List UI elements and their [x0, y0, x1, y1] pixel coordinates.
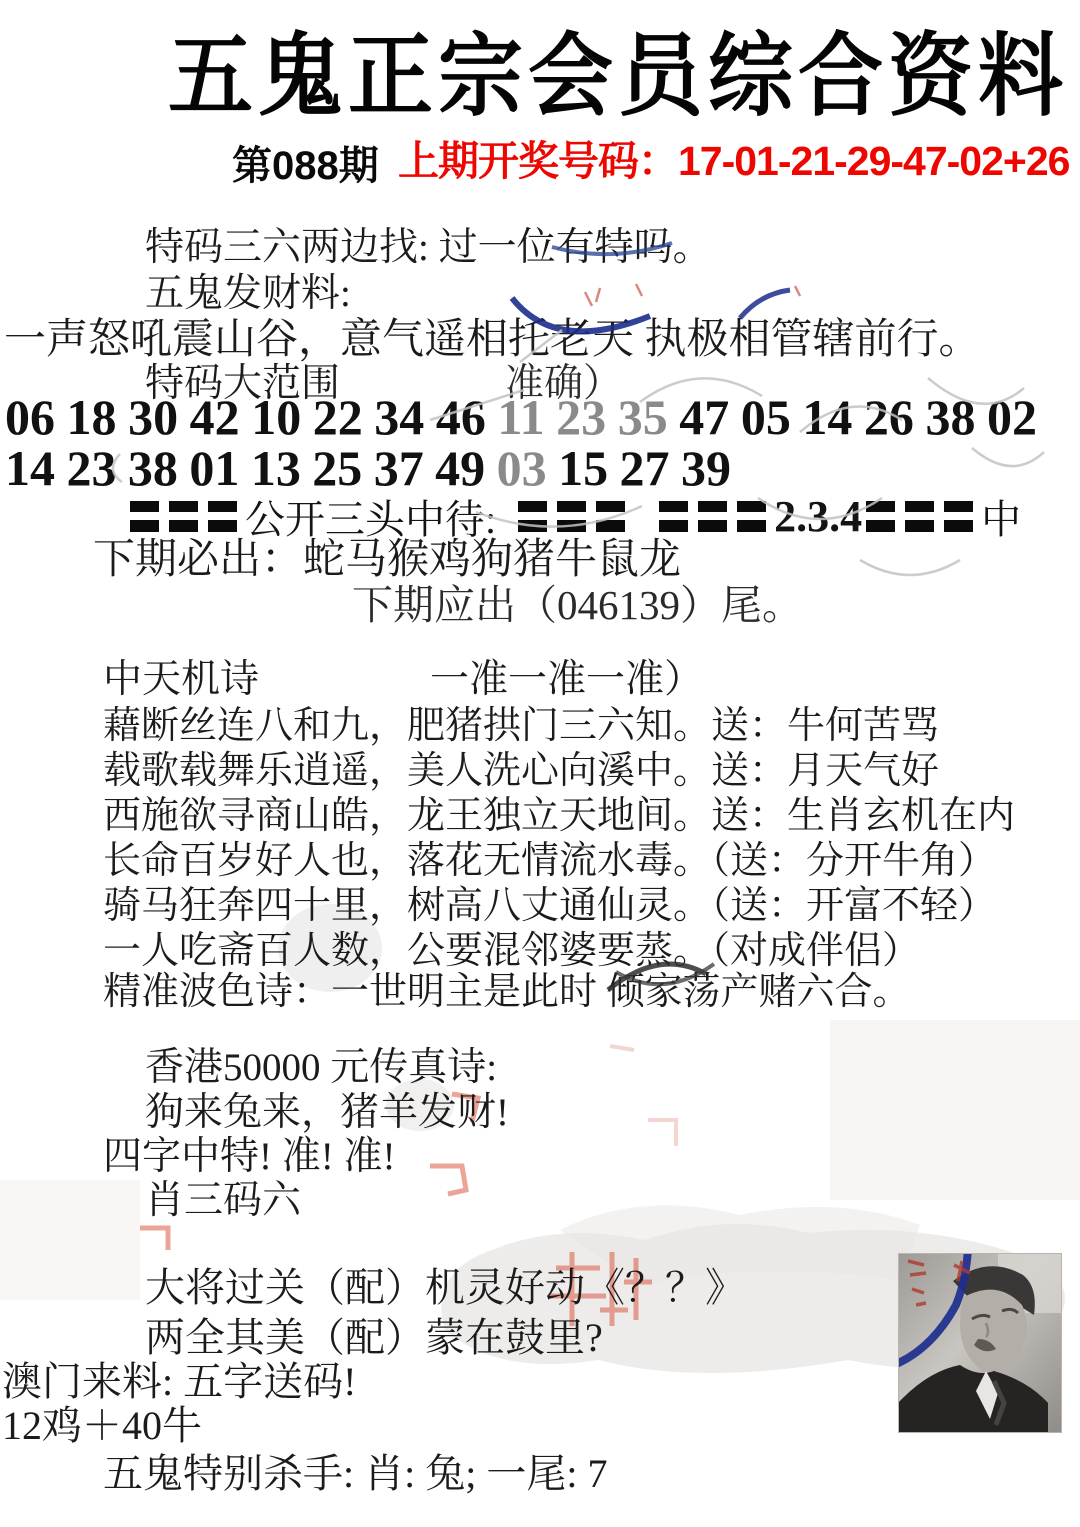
xiao-three-code-six: 肖三码六 — [145, 1169, 301, 1225]
number-row-1: 0618304210223446112335470514263802 — [5, 388, 1037, 446]
wave-color-poem-line: 精准波色诗：一世明主是此时 倾家荡产赌六合。 — [103, 960, 911, 1015]
pairing-line: 大将过关（配）机灵好动《？？》 — [145, 1256, 745, 1313]
page-title: 五鬼正宗会员综合资料 — [168, 4, 1068, 133]
block-marks — [866, 501, 977, 532]
tip-sheet-page: 五鬼正宗会员综合资料 第088期 上期开奖号码：17-01-21-29-47-0… — [0, 0, 1080, 1527]
blocks-text-2: 2.3.4 — [774, 491, 862, 542]
issue-number: 第088期 — [232, 134, 379, 191]
next-should-line: 下期应出（046139）尾。 — [352, 572, 803, 631]
last-draw-numbers: 上期开奖号码：17-01-21-29-47-02+26 — [398, 128, 1069, 187]
portrait-photo — [898, 1253, 1062, 1433]
blocks-text-3: 中 — [981, 488, 1021, 545]
killer-line: 五鬼特别杀手: 肖: 兔; 一尾: 7 — [103, 1442, 607, 1499]
